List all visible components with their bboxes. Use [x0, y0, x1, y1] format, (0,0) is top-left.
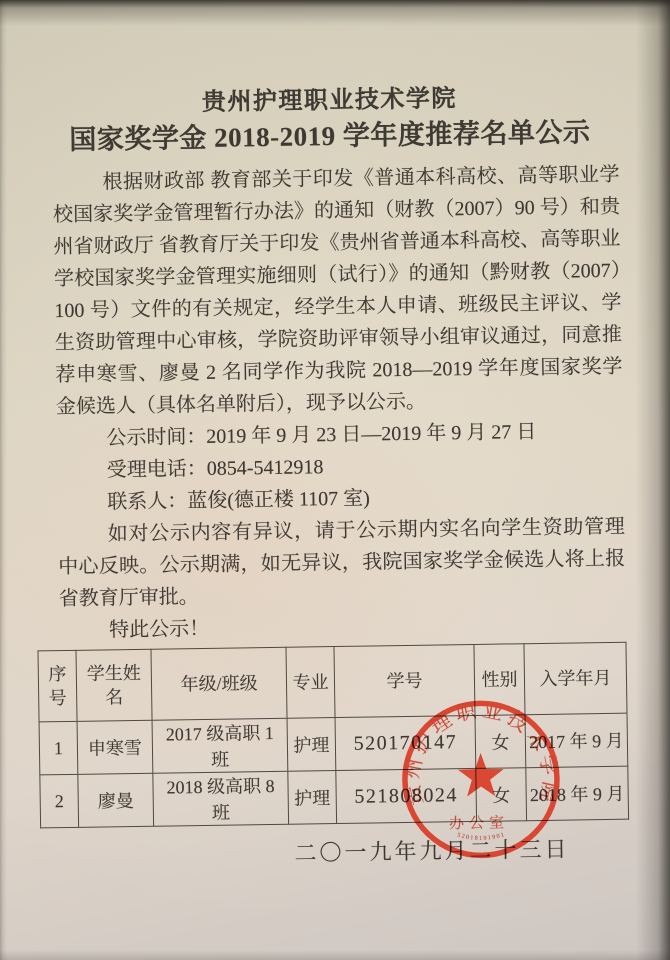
- paragraph-basis: 根据财政部 教育部关于印发《普通本科高校、高等职业学校国家奖学金管理暂行办法》的…: [52, 159, 623, 423]
- cell-index: 1: [39, 721, 78, 775]
- cell-name: 申寒雪: [77, 720, 153, 774]
- col-header-class: 年级/班级: [151, 647, 287, 720]
- seal-office-label: 办公室: [449, 814, 509, 832]
- cell-class: 2017 级高职 1 班: [152, 718, 288, 773]
- paper: 贵州护理职业技术学院 国家奖学金 2018-2019 学年度推荐名单公示 根据财…: [0, 0, 670, 960]
- cell-name: 廖曼: [78, 773, 154, 827]
- cell-major: 护理: [288, 771, 337, 825]
- col-header-index: 序号: [38, 650, 77, 722]
- cell-index: 2: [40, 774, 79, 828]
- col-header-major: 专业: [286, 647, 335, 719]
- official-seal: 贵州护理职业技术学院 办公室 52018191901: [397, 696, 564, 863]
- col-header-name: 学生姓名: [76, 649, 152, 721]
- cell-class: 2018 级高职 8 班: [153, 771, 289, 826]
- document-photo: 贵州护理职业技术学院 国家奖学金 2018-2019 学年度推荐名单公示 根据财…: [0, 0, 670, 960]
- cell-major: 护理: [287, 718, 336, 772]
- seal-star-icon: [458, 753, 504, 797]
- seal-code: 52018191901: [456, 832, 506, 843]
- body-text: 根据财政部 教育部关于印发《普通本科高校、高等职业学校国家奖学金管理暂行办法》的…: [52, 159, 626, 647]
- paragraph-objection: 如对公示内容有异议，请于公示期内实名向学生资助管理中心反映。公示期满，如无异议，…: [58, 511, 626, 615]
